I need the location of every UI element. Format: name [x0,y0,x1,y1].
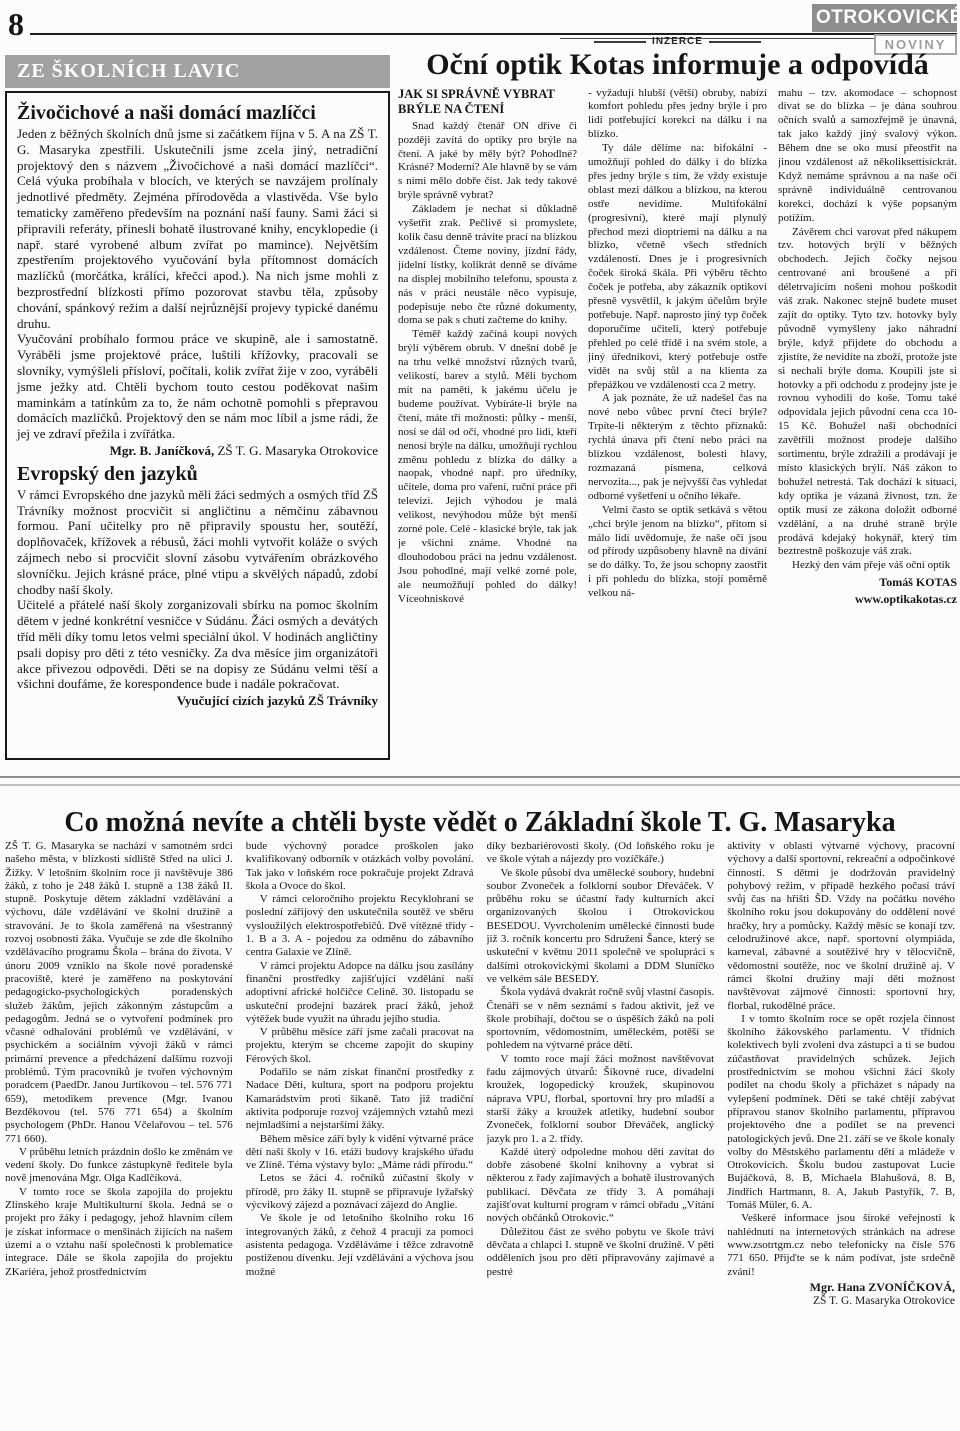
inzerce-column-1-body: Snad každý čtenář ON dříve či později za… [398,120,577,607]
paragraph: V tomto roce mají žáci možnost navštěvov… [487,1053,715,1146]
article2-signature-name: Vyučující cizích jazyků ZŠ Trávníky [177,693,378,708]
paragraph: mahu – tzv. akomodace – schopnost dívat … [778,87,957,226]
paragraph: V tomto roce se škola zapojila do projek… [5,1186,233,1279]
tgm-column-3: díky bezbariérovosti školy. (Od loňského… [487,840,715,1428]
paragraph: V rámci projektu Adopce na dálku jsou za… [246,960,474,1026]
paragraph: ZŠ T. G. Masaryka se nachází v samotném … [5,840,233,1146]
paragraph: aktivity v oblasti výtvarné výchovy, pra… [727,840,955,1013]
tgm-signature-org: ZŠ T. G. Masaryka Otrokovice [727,1294,955,1308]
paragraph: Ve škole je od letošního školního roku 1… [246,1212,474,1278]
article1-signature-org: ZŠ T. G. Masaryka Otrokovice [214,443,378,458]
paragraph: I v tomto školním roce se opět rozjela č… [727,1013,955,1212]
article2-signature: Vyučující cizích jazyků ZŠ Trávníky [17,693,378,709]
page-number: 8 [8,6,24,43]
inzerce-headline: Oční optik Kotas informuje a odpovídá [398,49,957,81]
paragraph: - vyžadují hlubší (větší) obruby, nabízí… [588,87,767,143]
tgm-column-3-body: díky bezbariérovosti školy. (Od loňského… [487,840,715,1279]
paragraph: V průběhu měsíce září jsme začali pracov… [246,1026,474,1066]
school-articles-box: Živočichové a naši domácí mazlíčci Jeden… [5,91,390,760]
paragraph: Letos se žáci 4. ročníků zúčastní školy … [246,1172,474,1212]
paragraph: Snad každý čtenář ON dříve či později za… [398,120,577,203]
inzerce-column-2: - vyžadují hlubší (větší) obruby, nabízí… [588,87,767,749]
paragraph: Během měsíce září byly k vidění výtvarné… [246,1133,474,1173]
article1-signature-name: Mgr. B. Janíčková, [110,443,215,458]
paragraph: Hezký den vám přeje váš oční optik [778,559,957,573]
tgm-column-4-body: aktivity v oblasti výtvarné výchovy, pra… [727,840,955,1279]
inzerce-column-1: JAK SI SPRÁVNĚ VYBRAT BRÝLE NA ČTENÍ Sna… [398,87,577,749]
tgm-columns: ZŠ T. G. Masaryka se nachází v samotném … [5,840,955,1428]
inzerce-label: INZERCE [652,36,703,47]
paragraph: Škola vydává dvakrát ročně svůj vlastní … [487,986,715,1052]
paragraph: Téměř každý začíná koupi nových brýlí vý… [398,328,577,606]
inzerce-subhead: JAK SI SPRÁVNĚ VYBRAT BRÝLE NA ČTENÍ [398,87,577,118]
paragraph: V rámci Evropského dne jazyků měli žáci … [17,487,378,598]
newspaper-page: 8 OTROKOVICKÉ NOVINY ZE ŠKOLNÍCH LAVIC Ž… [0,0,960,1431]
paragraph: bude výchovný poradce proškolen jako kva… [246,840,474,893]
paragraph: díky bezbariérovosti školy. (Od loňského… [487,840,715,867]
paragraph: V rámci celoročního projektu Recyklohran… [246,893,474,959]
tgm-column-1-body: ZŠ T. G. Masaryka se nachází v samotném … [5,840,233,1279]
inzerce-rule-left [594,41,646,43]
article1-body: Jeden z běžných školních dnů jsme si zač… [17,126,378,442]
inzerce-rule-right [709,41,761,43]
article2-title: Evropský den jazyků [17,463,378,485]
tgm-column-2: bude výchovný poradce proškolen jako kva… [246,840,474,1428]
paragraph: Jeden z běžných školních dnů jsme si zač… [17,126,378,331]
article1-signature: Mgr. B. Janíčková, ZŠ T. G. Masaryka Otr… [17,443,378,459]
masthead-title: OTROKOVICKÉ [812,4,957,32]
paragraph: Ty dále dělíme na: bifokální - umožňují … [588,142,767,392]
inzerce-column-2-body: - vyžadují hlubší (větší) obruby, nabízí… [588,87,767,602]
inzerce-article: INZERCE Oční optik Kotas informuje a odp… [398,36,957,749]
tgm-column-1: ZŠ T. G. Masaryka se nachází v samotném … [5,840,233,1428]
paragraph: Velmi často se optik setkává s větou „ch… [588,504,767,601]
inzerce-signature-web: www.optikakotas.cz [778,592,957,607]
paragraph: Veškeré informace jsou široké veřejnosti… [727,1212,955,1278]
tgm-headline: Co možná nevíte a chtěli byste vědět o Z… [0,807,960,839]
article1-title: Živočichové a naši domácí mazlíčci [17,102,378,124]
tgm-column-4: aktivity v oblasti výtvarné výchovy, pra… [727,840,955,1428]
section-divider-rule [0,776,960,786]
inzerce-columns: JAK SI SPRÁVNĚ VYBRAT BRÝLE NA ČTENÍ Sna… [398,87,957,749]
paragraph: Každé úterý odpoledne mohou děti zavítat… [487,1146,715,1226]
paragraph: Podařilo se nám získat finanční prostřed… [246,1066,474,1132]
paragraph: Ve škole působí dva umělecké soubory, hu… [487,867,715,987]
inzerce-label-row: INZERCE [398,36,957,47]
paragraph: A jak poznáte, že už nadešel čas na nové… [588,392,767,503]
tgm-column-2-body: bude výchovný poradce proškolen jako kva… [246,840,474,1279]
section-banner: ZE ŠKOLNÍCH LAVIC [5,55,390,88]
paragraph: Závěrem chci varovat před nákupem tzv. h… [778,226,957,560]
inzerce-column-3-body: mahu – tzv. akomodace – schopnost dívat … [778,87,957,574]
paragraph: V průběhu letních prázdnin došlo ke změn… [5,1146,233,1186]
paragraph: Základem je nechat si důkladně vyšetřit … [398,203,577,328]
paragraph: Vyučování probíhalo formou práce ve skup… [17,331,378,442]
article2-body: V rámci Evropského dne jazyků měli žáci … [17,487,378,692]
inzerce-column-3: mahu – tzv. akomodace – schopnost dívat … [778,87,957,749]
school-section: ZE ŠKOLNÍCH LAVIC Živočichové a naši dom… [5,55,390,760]
inzerce-signature-name: Tomáš KOTAS [778,575,957,590]
paragraph: Učitelé a přátelé naší školy zorganizova… [17,597,378,692]
paragraph: Důležitou část ze svého pobytu ve škole … [487,1226,715,1279]
tgm-signature-name: Mgr. Hana ZVONÍČKOVÁ, [727,1280,955,1294]
